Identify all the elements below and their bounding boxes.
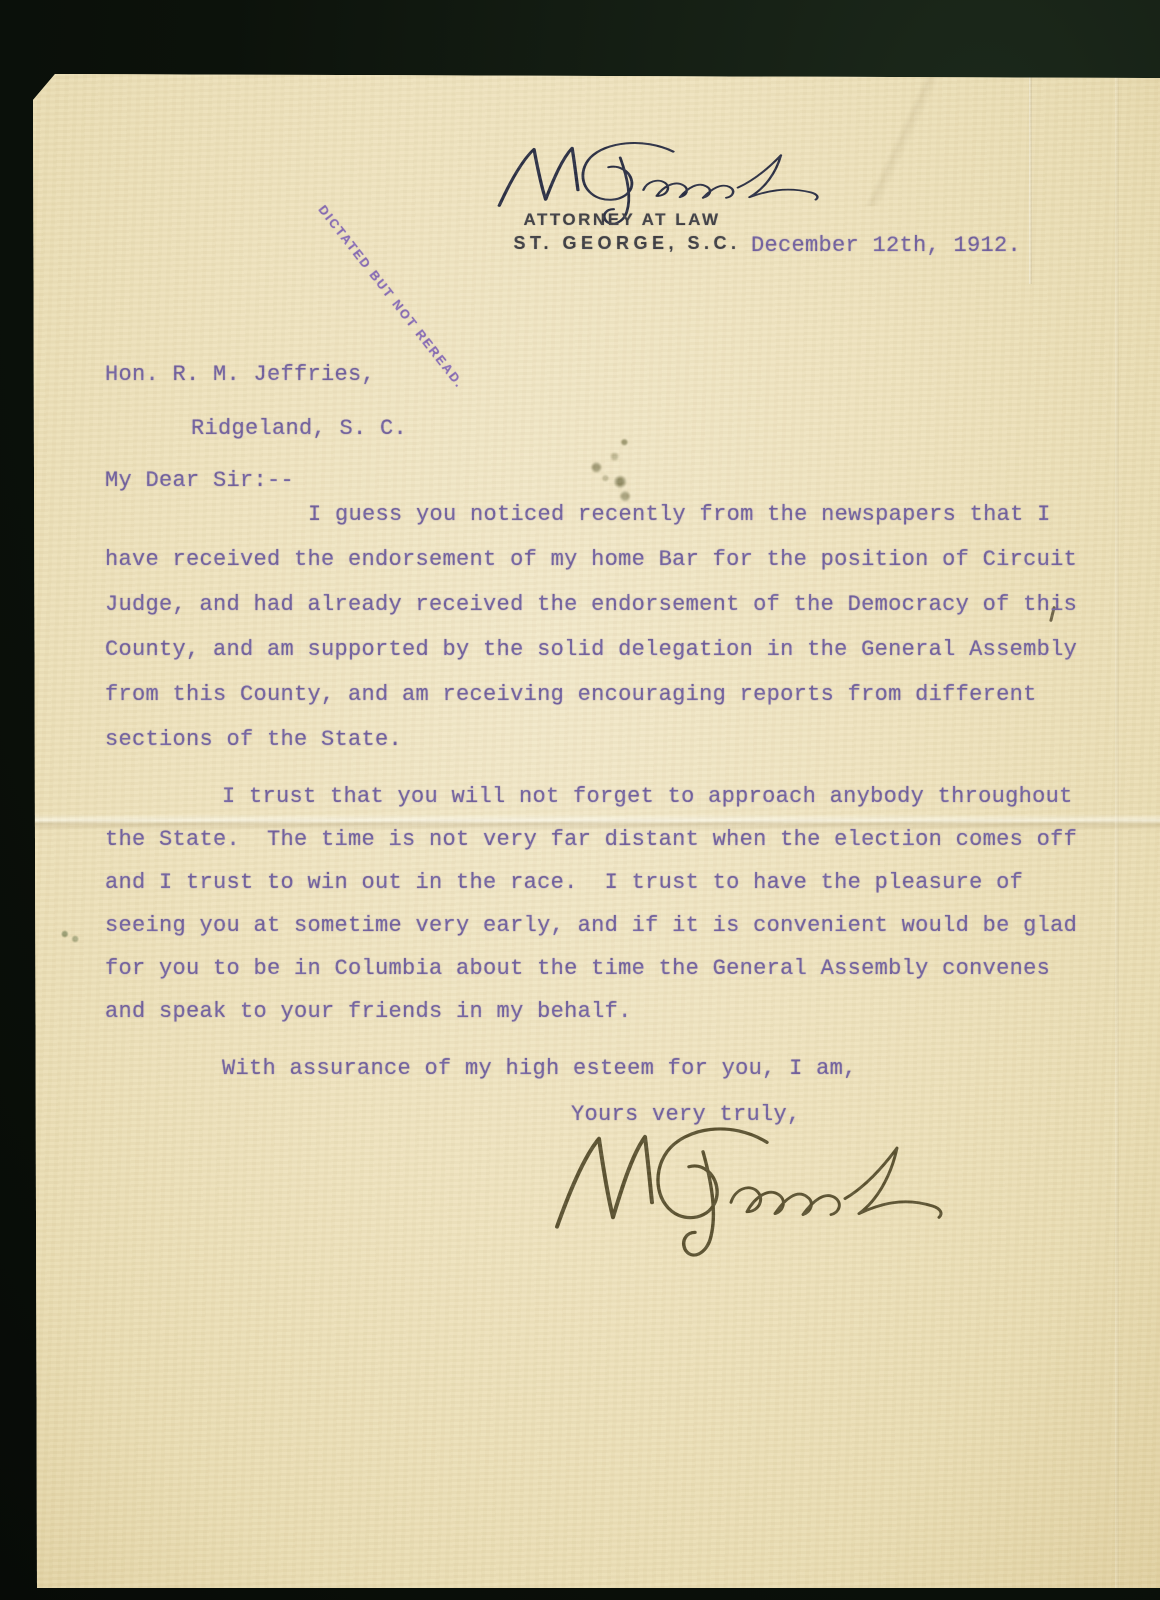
body-line: the State. The time is not very far dist…: [105, 827, 1115, 870]
scanned-letter-photo: ATTORNEY AT LAW ST. GEORGE, S.C. Decembe…: [0, 0, 1160, 1600]
body-line: for you to be in Columbia about the time…: [105, 956, 1115, 999]
handwritten-signature: [535, 1118, 955, 1268]
closing-assurance: With assurance of my high esteem for you…: [105, 1056, 857, 1081]
body-line: I guess you noticed recently from the ne…: [105, 502, 1115, 547]
body-line: County, and am supported by the solid de…: [105, 637, 1115, 682]
letterhead-location: ST. GEORGE, S.C.: [497, 233, 757, 254]
signature-glyph: [535, 1118, 955, 1268]
body-line: and speak to your friends in my behalf.: [105, 999, 1115, 1042]
letter-date: December 12th, 1912.: [751, 233, 1021, 258]
vertical-crease: [1115, 74, 1119, 1588]
body-line: Judge, and had already received the endo…: [105, 592, 1115, 637]
salutation: My Dear Sir:--: [105, 468, 294, 493]
body-line: have received the endorsement of my home…: [105, 547, 1115, 592]
body-line: I trust that you will not forget to appr…: [105, 784, 1115, 827]
body-line: from this County, and am receiving encou…: [105, 682, 1115, 727]
body-line: sections of the State.: [105, 727, 1115, 772]
edge-speck: [57, 926, 83, 946]
body-line: seeing you at sometime very early, and i…: [105, 913, 1115, 956]
letterhead-title: ATTORNEY AT LAW: [517, 210, 727, 230]
recipient-address: Ridgeland, S. C.: [191, 416, 407, 441]
recipient-name: Hon. R. M. Jeffries,: [105, 362, 375, 387]
body-paragraph-2: I trust that you will not forget to appr…: [105, 784, 1115, 1042]
body-paragraph-1: I guess you noticed recently from the ne…: [105, 502, 1115, 772]
body-line: and I trust to win out in the race. I tr…: [105, 870, 1115, 913]
letter-paper: ATTORNEY AT LAW ST. GEORGE, S.C. Decembe…: [33, 74, 1160, 1588]
